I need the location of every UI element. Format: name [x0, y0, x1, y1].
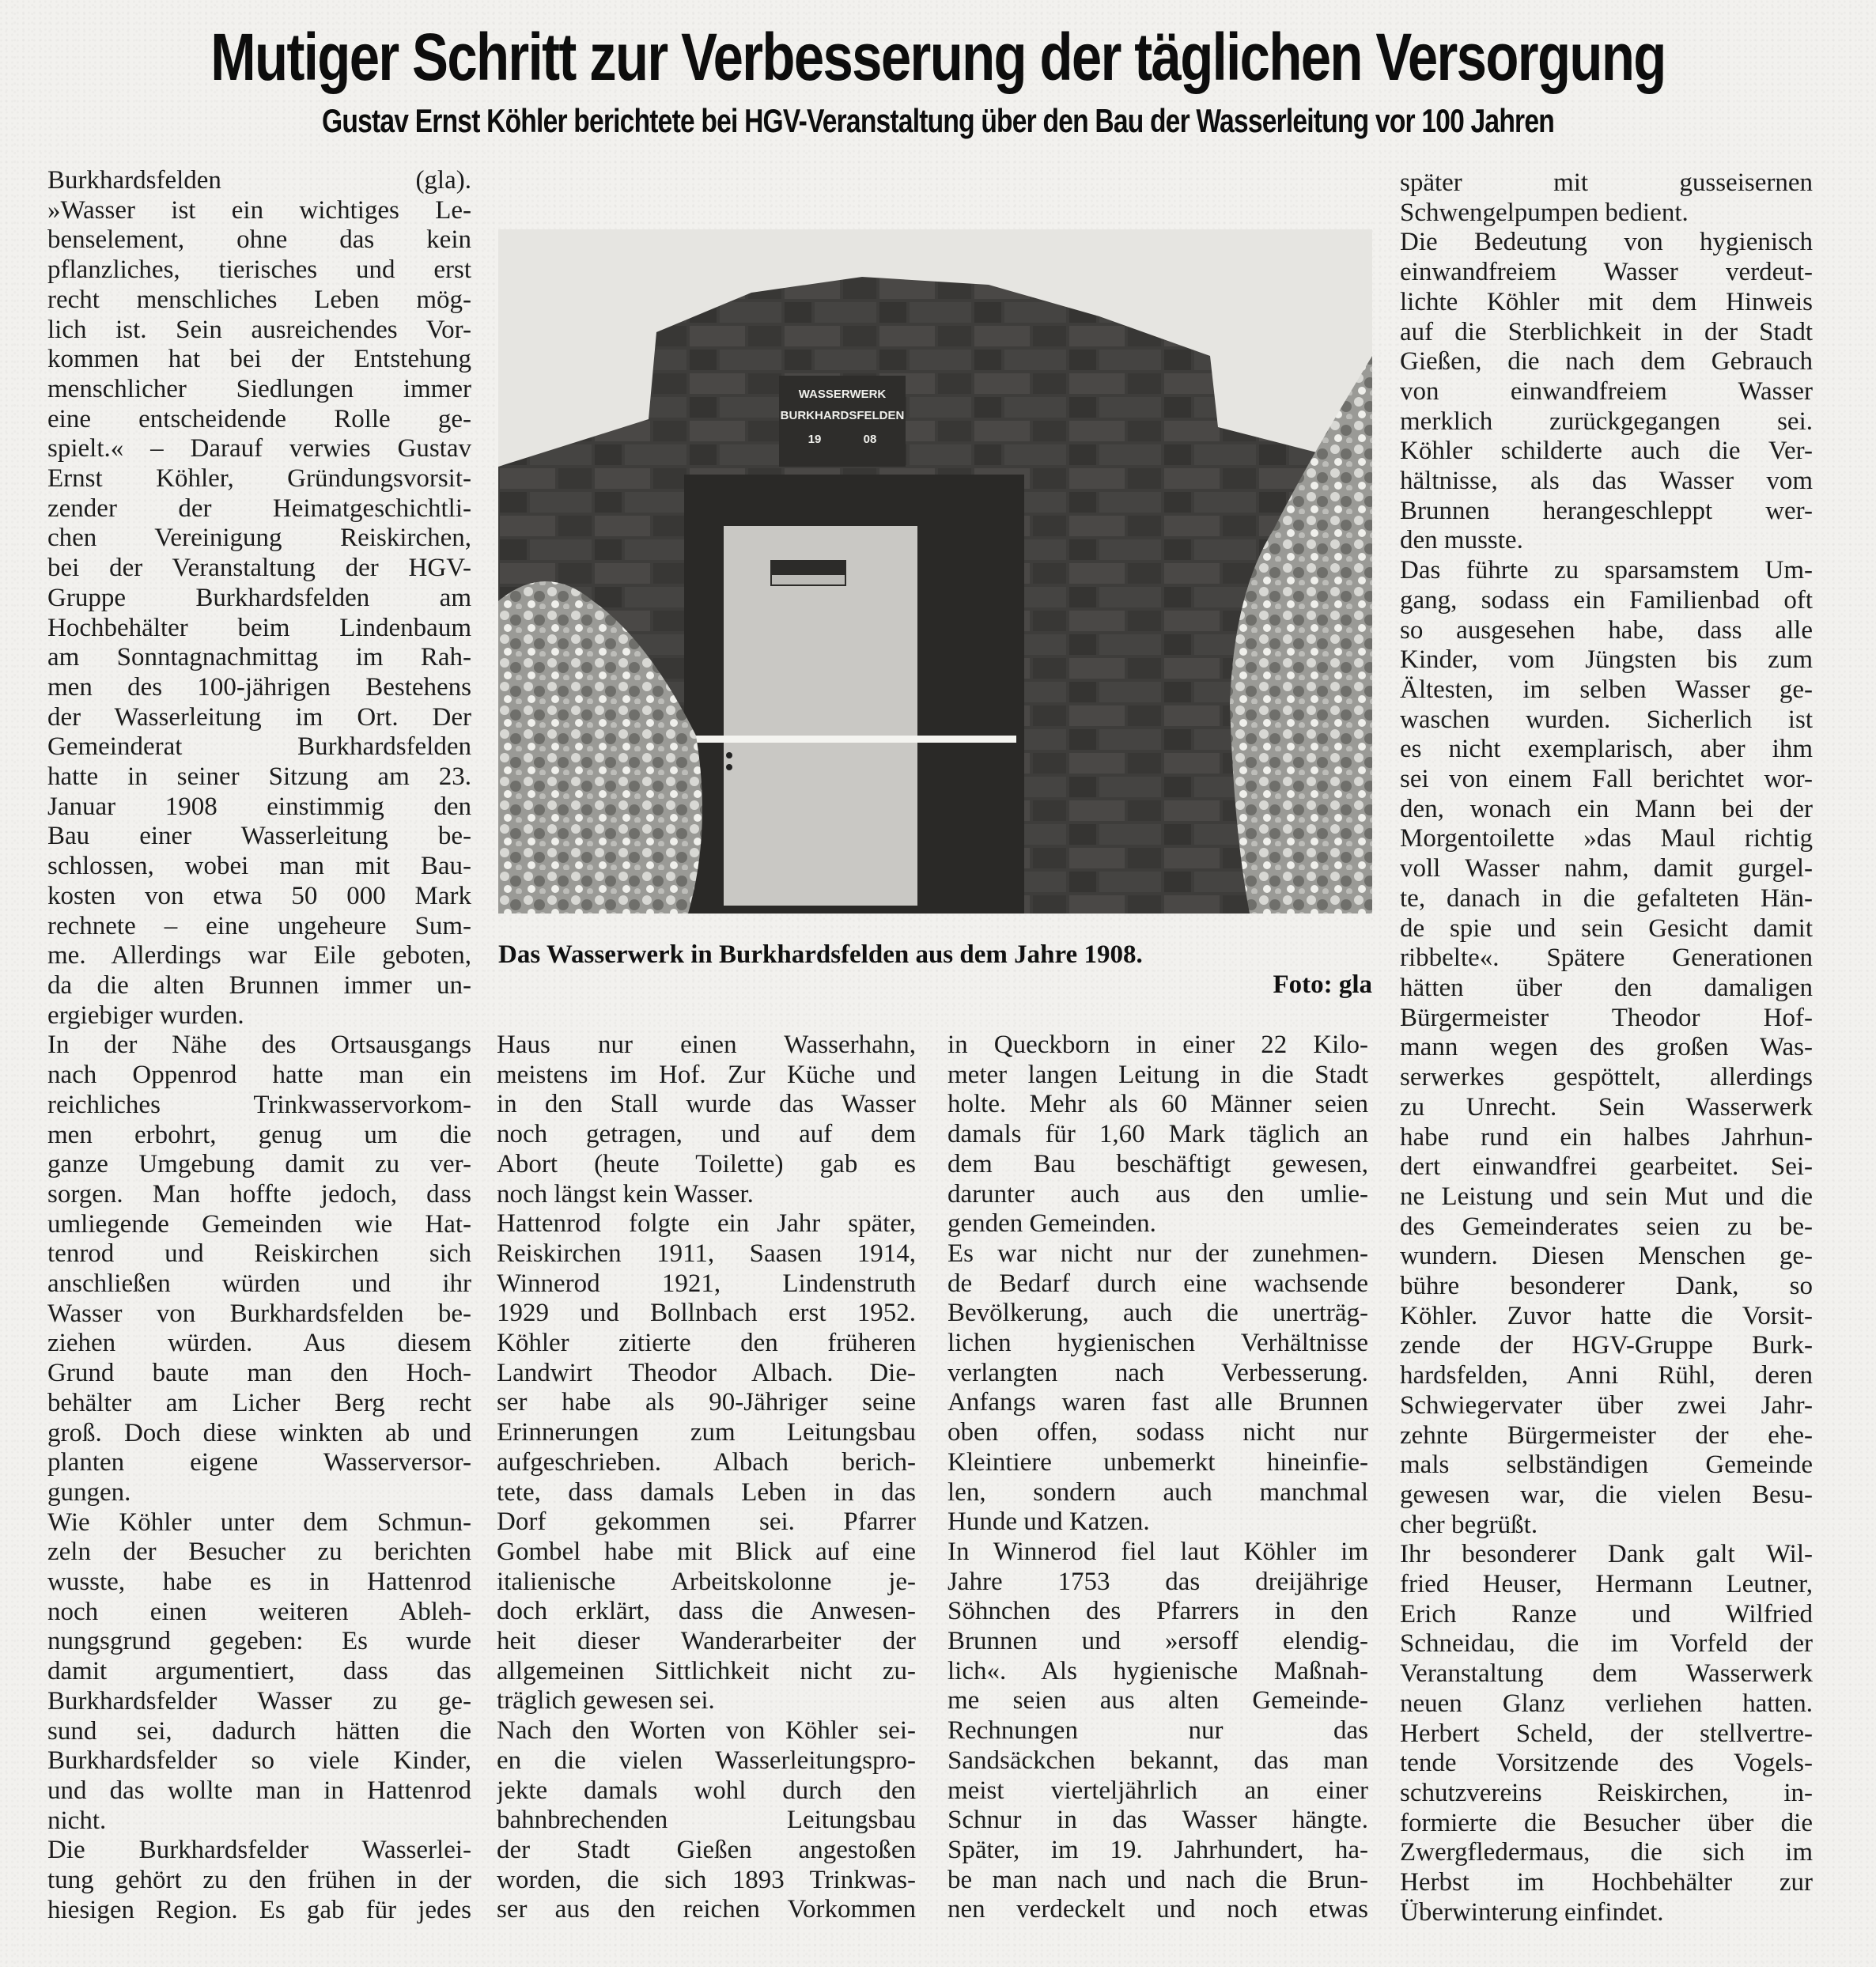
text-line: in den Stall wurde das Wasser [497, 1090, 916, 1120]
text-line: Die Bedeutung von hygienisch [1400, 228, 1813, 258]
text-line: allgemeinen Sittlichkeit nicht zu- [497, 1657, 916, 1687]
text-line: sorgen. Man hoffte jedoch, dass [47, 1180, 471, 1210]
text-line: cher begrüßt. [1400, 1511, 1813, 1541]
text-line: recht menschliches Leben mög- [47, 286, 471, 316]
text-line: te, danach in die gefalteten Hän- [1400, 884, 1813, 914]
text-line: lich ist. Sein ausreichendes Vor- [47, 316, 471, 346]
text-line: hatte in seiner Sitzung am 23. [47, 762, 471, 792]
text-line: nungsgrund gegeben: Es wurde [47, 1627, 471, 1657]
text-line: de Bedarf durch eine wachsende [947, 1269, 1368, 1299]
article-column-1: Burkhardsfelden (gla).»Wasser ist ein wi… [47, 166, 471, 1925]
text-line: Abort (heute Toilette) gab es [497, 1150, 916, 1180]
text-line: bei der Veranstaltung der HGV- [47, 554, 471, 584]
text-line: bahnbrechenden Leitungsbau [497, 1806, 916, 1836]
text-line: aufgeschrieben. Albach berich- [497, 1448, 916, 1478]
text-line: Die Burkhardsfelder Wasserlei- [47, 1836, 471, 1866]
text-line: Gruppe Burkhardsfelden am [47, 584, 471, 614]
text-line: Landwirt Theodor Albach. Die- [497, 1359, 916, 1389]
text-line: den, wonach ein Mann bei der [1400, 795, 1813, 825]
text-line: Burkhardsfelder Wasser zu ge- [47, 1687, 471, 1717]
text-line: Anfangs waren fast alle Brunnen [947, 1388, 1368, 1418]
subheadline: Gustav Ernst Köhler berichtete bei HGV-V… [187, 99, 1689, 143]
text-line: Überwinterung einfindet. [1400, 1898, 1813, 1928]
text-line: Ältesten, im selben Wasser ge- [1400, 675, 1813, 705]
text-line: noch einen weiteren Ableh- [47, 1598, 471, 1628]
text-line: oben offen, sodass nicht nur [947, 1418, 1368, 1448]
text-line: Köhler zitierte den früheren [497, 1329, 916, 1359]
article-column-3: in Queckborn in einer 22 Kilo-meter lang… [947, 1031, 1368, 1925]
text-line: Nach den Worten von Köhler sei- [497, 1716, 916, 1746]
text-line: Köhler. Zuvor hatte die Vorsit- [1400, 1302, 1813, 1332]
text-line: träglich gewesen sei. [497, 1686, 916, 1716]
text-line: ribbelte«. Spätere Generationen [1400, 944, 1813, 974]
text-line: am Sonntagnachmittag im Rah- [47, 643, 471, 673]
text-line: Schwengelpumpen bedient. [1400, 199, 1813, 229]
text-line: bühre besonderer Dank, so [1400, 1272, 1813, 1302]
text-line: so ausgesehen habe, dass alle [1400, 616, 1813, 646]
text-line: meter langen Leitung in die Stadt [947, 1061, 1368, 1091]
text-line: Hunde und Katzen. [947, 1507, 1368, 1538]
text-line: kosten von etwa 50 000 Mark [47, 882, 471, 912]
text-line: lichte Köhler mit dem Hinweis [1400, 288, 1813, 318]
text-line: men erbohrt, genug um die [47, 1121, 471, 1151]
text-line: damals für 1,60 Mark täglich an [947, 1120, 1368, 1150]
text-line: groß. Doch diese winkten ab und [47, 1419, 471, 1449]
text-line: Reiskirchen 1911, Saasen 1914, [497, 1239, 916, 1269]
text-line: gewesen war, die vielen Besu- [1400, 1481, 1813, 1511]
text-line: Schwiegervater über zwei Jahr- [1400, 1391, 1813, 1421]
text-line: hiesigen Region. Es gab für jedes [47, 1896, 471, 1926]
text-line: italienische Arbeitskolonne je- [497, 1568, 916, 1598]
text-line: und das wollte man in Hattenrod [47, 1776, 471, 1806]
text-line: Veranstaltung dem Wasserwerk [1400, 1659, 1813, 1689]
text-line: des Gemeinderates seien zu be- [1400, 1212, 1813, 1243]
text-line: wusste, habe es in Hattenrod [47, 1568, 471, 1598]
article-column-4: später mit gusseisernenSchwengelpumpen b… [1400, 168, 1813, 1927]
text-line: tenrod und Reiskirchen sich [47, 1239, 471, 1269]
article-photo: WASSERWERK BURKHARDSFELDEN 19 08 [498, 229, 1372, 914]
headline: Mutiger Schritt zur Verbesserung der täg… [168, 17, 1707, 96]
text-line: len, sondern auch manchmal [947, 1478, 1368, 1508]
text-line: Januar 1908 einstimmig den [47, 792, 471, 823]
text-line: neuen Glanz verliehen hatten. [1400, 1689, 1813, 1719]
text-line: serwerkes gespöttelt, allerdings [1400, 1063, 1813, 1093]
text-line: lichen hygienischen Verhältnisse [947, 1329, 1368, 1359]
text-line: formierte die Besucher über die [1400, 1809, 1813, 1839]
text-line: Bau einer Wasserleitung be- [47, 822, 471, 852]
text-line: dem Bau beschäftigt gewesen, [947, 1150, 1368, 1180]
text-line: me seien aus alten Gemeinde- [947, 1686, 1368, 1716]
text-line: behälter am Licher Berg recht [47, 1389, 471, 1419]
text-line: Haus nur einen Wasserhahn, [497, 1031, 916, 1061]
text-line: Es war nicht nur der zunehmen- [947, 1239, 1368, 1269]
text-line: ganze Umgebung damit zu ver- [47, 1150, 471, 1180]
text-line: der Stadt Gießen angestoßen [497, 1836, 916, 1866]
text-line: Später, im 19. Jahrhundert, ha- [947, 1836, 1368, 1866]
text-line: nach Oppenrod hatte man ein [47, 1061, 471, 1091]
text-line: ser aus den reichen Vorkommen [497, 1895, 916, 1925]
text-line: Winnerod 1921, Lindenstruth [497, 1269, 916, 1299]
text-line: Morgentoilette »das Maul richtig [1400, 824, 1813, 854]
text-line: Bürgermeister Theodor Hof- [1400, 1004, 1813, 1034]
text-line: rechnete – eine ungeheure Sum- [47, 912, 471, 942]
text-line: ziehen würden. Aus diesem [47, 1329, 471, 1359]
text-line: planten eigene Wasserversor- [47, 1448, 471, 1478]
svg-text:BURKHARDSFELDEN: BURKHARDSFELDEN [781, 409, 905, 422]
text-line: dert einwandfrei gearbeitet. Sei- [1400, 1152, 1813, 1182]
text-line: waschen wurden. Sicherlich ist [1400, 705, 1813, 736]
text-line: tung gehört zu den frühen in der [47, 1866, 471, 1896]
text-line: holte. Mehr als 60 Männer seien [947, 1090, 1368, 1120]
text-line: hältnisse, als das Wasser vom [1400, 467, 1813, 497]
text-line: schlossen, wobei man mit Bau- [47, 852, 471, 882]
text-line: in Queckborn in einer 22 Kilo- [947, 1031, 1368, 1061]
text-line: be man nach und nach die Brun- [947, 1866, 1368, 1896]
text-line: zeln der Besucher zu berichten [47, 1538, 471, 1568]
text-line: chen Vereinigung Reiskirchen, [47, 524, 471, 554]
text-line: Burkhardsfelden (gla). [47, 166, 471, 196]
text-line: Kleintiere unbemerkt hineinfie- [947, 1448, 1368, 1478]
text-line: eine entscheidende Rolle ge- [47, 405, 471, 435]
caption-text: Das Wasserwerk in Burkhardsfelden aus de… [498, 940, 1143, 969]
text-line: wundern. Diesen Menschen ge- [1400, 1242, 1813, 1272]
text-line: Köhler schilderte auch die Ver- [1400, 437, 1813, 467]
text-line: einwandfreiem Wasser verdeut- [1400, 258, 1813, 288]
text-line: Rechnungen nur das [947, 1716, 1368, 1746]
text-line: meist vierteljährlich an einer [947, 1776, 1368, 1806]
text-line: In Winnerod fiel laut Köhler im [947, 1538, 1368, 1568]
text-line: darunter auch aus den umlie- [947, 1180, 1368, 1210]
text-line: heit dieser Wanderarbeiter der [497, 1627, 916, 1657]
text-line: Kinder, vom Jüngsten bis zum [1400, 645, 1813, 675]
text-line: Hattenrod folgte ein Jahr später, [497, 1209, 916, 1239]
svg-text:19: 19 [808, 433, 822, 446]
text-line: von einwandfreiem Wasser [1400, 377, 1813, 407]
text-line: Sandsäckchen bekannt, das man [947, 1746, 1368, 1776]
text-line: zender der Heimatgeschichtli- [47, 494, 471, 524]
text-line: merklich zurückgegangen sei. [1400, 407, 1813, 437]
text-line: damit argumentiert, dass das [47, 1657, 471, 1687]
text-line: verlangten nach Verbesserung. [947, 1359, 1368, 1389]
text-line: mann wegen des großen Was- [1400, 1033, 1813, 1063]
text-line: spielt.« – Darauf verwies Gustav [47, 434, 471, 464]
text-line: gungen. [47, 1478, 471, 1508]
text-line: doch erklärt, dass die Anwesen- [497, 1597, 916, 1627]
text-line: anschließen würden und ihr [47, 1269, 471, 1299]
text-line: zende der HGV-Gruppe Burk- [1400, 1331, 1813, 1361]
text-line: genden Gemeinden. [947, 1209, 1368, 1239]
text-line: Brunnen herangeschleppt wer- [1400, 497, 1813, 527]
text-line: en die vielen Wasserleitungspro- [497, 1746, 916, 1776]
photo-caption: Das Wasserwerk in Burkhardsfelden aus de… [498, 940, 1372, 1000]
text-line: Erich Ranze und Wilfried [1400, 1600, 1813, 1630]
text-line: lich«. Als hygienische Maßnah- [947, 1657, 1368, 1687]
text-line: menschlicher Siedlungen immer [47, 375, 471, 405]
text-line: Wie Köhler unter dem Schmun- [47, 1508, 471, 1538]
text-line: Jahre 1753 das dreijährige [947, 1568, 1368, 1598]
text-line: hätten über den damaligen [1400, 974, 1813, 1004]
text-line: 1929 und Bollnbach erst 1952. [497, 1299, 916, 1329]
photo-credit: Foto: gla [498, 970, 1372, 1000]
text-line: der Wasserleitung im Ort. Der [47, 703, 471, 733]
text-line: Söhnchen des Pfarrers in den [947, 1597, 1368, 1627]
text-line: worden, die sich 1893 Trinkwas- [497, 1866, 916, 1896]
text-line: benselement, ohne das kein [47, 225, 471, 255]
text-line: Zwergfledermaus, die sich im [1400, 1838, 1813, 1868]
text-line: Schneidau, die im Vorfeld der [1400, 1629, 1813, 1659]
text-line: tende Vorsitzende des Vogels- [1400, 1749, 1813, 1779]
text-line: sei von einem Fall berichtet wor- [1400, 765, 1813, 795]
text-line: Dorf gekommen sei. Pfarrer [497, 1507, 916, 1538]
text-line: zu Unrecht. Sein Wasserwerk [1400, 1093, 1813, 1123]
text-line: Brunnen und »ersoff elendig- [947, 1627, 1368, 1657]
text-line: Gombel habe mit Blick auf eine [497, 1538, 916, 1568]
text-line: nen verdeckelt und noch etwas [947, 1895, 1368, 1925]
text-line: jekte damals wohl durch den [497, 1776, 916, 1806]
text-line: tete, dass damals Leben in das [497, 1478, 916, 1508]
text-line: Wasser von Burkhardsfelden be- [47, 1299, 471, 1330]
text-line: schutzvereins Reiskirchen, in- [1400, 1779, 1813, 1809]
text-line: Ihr besonderer Dank galt Wil- [1400, 1540, 1813, 1570]
water-tower-photo-illustration: WASSERWERK BURKHARDSFELDEN 19 08 [498, 229, 1372, 914]
svg-text:08: 08 [864, 433, 877, 446]
text-line: me. Allerdings war Eile geboten, [47, 941, 471, 971]
text-line: de spie und sein Gesicht damit [1400, 914, 1813, 944]
text-line: men des 100-jährigen Bestehens [47, 673, 471, 703]
text-line: Gießen, die nach dem Gebrauch [1400, 347, 1813, 377]
article-column-2: Haus nur einen Wasserhahn,meistens im Ho… [497, 1031, 916, 1925]
text-line: auf die Sterblichkeit in der Stadt [1400, 318, 1813, 348]
text-line: Erinnerungen zum Leitungsbau [497, 1418, 916, 1448]
text-line: meistens im Hof. Zur Küche und [497, 1061, 916, 1091]
text-line: Ernst Köhler, Gründungsvorsit- [47, 464, 471, 494]
text-line: Gemeinderat Burkhardsfelden [47, 732, 471, 762]
text-line: »Wasser ist ein wichtiges Le- [47, 196, 471, 226]
text-line: es nicht exemplarisch, aber ihm [1400, 735, 1813, 765]
text-line: zehnte Bürgermeister der ehe- [1400, 1421, 1813, 1451]
text-line: pflanzliches, tierisches und erst [47, 255, 471, 286]
text-line: gang, sodass ein Familienbad oft [1400, 586, 1813, 616]
text-line: Grund baute man den Hoch- [47, 1359, 471, 1389]
text-line: habe rund ein halbes Jahrhun- [1400, 1123, 1813, 1153]
text-line: mals selbständigen Gemeinde [1400, 1451, 1813, 1481]
text-line: voll Wasser nahm, damit gurgel- [1400, 854, 1813, 884]
text-line: In der Nähe des Ortsausgangs [47, 1031, 471, 1061]
text-line: Das führte zu sparsamstem Um- [1400, 556, 1813, 586]
text-line: kommen hat bei der Entstehung [47, 345, 471, 375]
text-line: noch längst kein Wasser. [497, 1180, 916, 1210]
text-line: nicht. [47, 1806, 471, 1836]
text-line: Herbert Scheld, der stellvertre- [1400, 1719, 1813, 1749]
text-line: Hochbehälter beim Lindenbaum [47, 614, 471, 644]
text-line: da die alten Brunnen immer un- [47, 971, 471, 1001]
text-line: ne Leistung und sein Mut und die [1400, 1182, 1813, 1212]
text-line: ser habe als 90-Jähriger seine [497, 1388, 916, 1418]
text-line: ergiebiger wurden. [47, 1001, 471, 1031]
svg-text:WASSERWERK: WASSERWERK [799, 388, 887, 401]
text-line: fried Heuser, Hermann Leutner, [1400, 1570, 1813, 1600]
text-line: Schnur in das Wasser hängte. [947, 1806, 1368, 1836]
text-line: reichliches Trinkwasservorkom- [47, 1091, 471, 1121]
text-line: später mit gusseisernen [1400, 168, 1813, 199]
text-line: Herbst im Hochbehälter zur [1400, 1868, 1813, 1898]
text-line: Bevölkerung, auch die unerträg- [947, 1299, 1368, 1329]
text-line: umliegende Gemeinden wie Hat- [47, 1210, 471, 1240]
text-line: sund sei, dadurch hätten die [47, 1717, 471, 1747]
text-line: hardsfelden, Anni Rühl, deren [1400, 1361, 1813, 1391]
text-line: Burkhardsfelder so viele Kinder, [47, 1746, 471, 1776]
text-line: den musste. [1400, 526, 1813, 556]
text-line: noch getragen, und auf dem [497, 1120, 916, 1150]
